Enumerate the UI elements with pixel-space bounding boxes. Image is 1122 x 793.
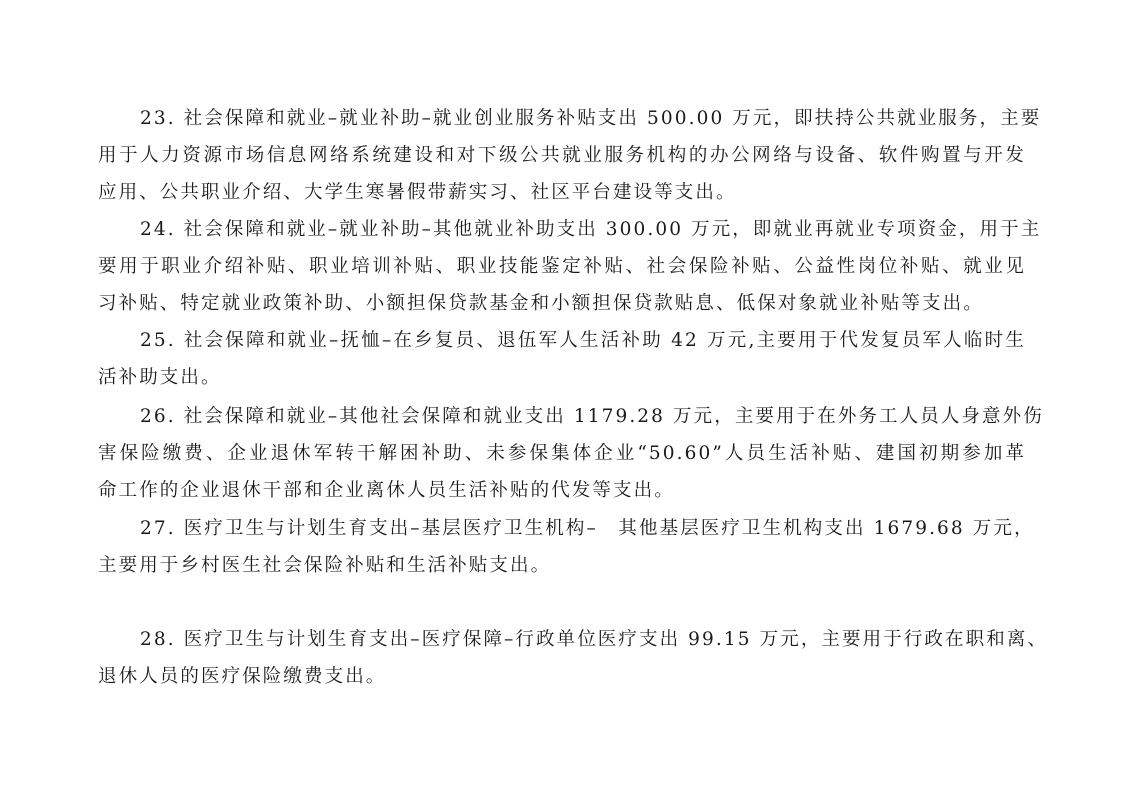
paragraph-line: 应用、公共职业介绍、大学生寒暑假带薪实习、社区平台建设等支出。: [98, 178, 1026, 208]
paragraph-line: 28. 医疗卫生与计划生育支出–医疗保障–行政单位医疗支出 99.15 万元，主…: [140, 625, 1026, 655]
paragraph-line: 23. 社会保障和就业–就业补助–就业创业服务补贴支出 500.00 万元，即扶…: [140, 104, 1026, 134]
paragraph-line: 25. 社会保障和就业–抚恤–在乡复员、退伍军人生活补助 42 万元,主要用于代…: [140, 326, 1026, 356]
paragraph-line: 命工作的企业退休干部和企业离休人员生活补贴的代发等支出。: [98, 476, 1026, 506]
document-page: 23. 社会保障和就业–就业补助–就业创业服务补贴支出 500.00 万元，即扶…: [0, 0, 1122, 793]
paragraph-line: 退休人员的医疗保险缴费支出。: [98, 662, 1026, 692]
paragraph-line: 主要用于乡村医生社会保险补贴和生活补贴支出。: [98, 551, 1026, 581]
paragraph-line: 害保险缴费、企业退休军转干解困补助、未参保集体企业“50.60”人员生活补贴、建…: [98, 439, 1026, 469]
paragraph-line: 活补助支出。: [98, 363, 1026, 393]
paragraph-line: 24. 社会保障和就业–就业补助–其他就业补助支出 300.00 万元，即就业再…: [140, 215, 1026, 245]
paragraph-line: 习补贴、特定就业政策补助、小额担保贷款基金和小额担保贷款贴息、低保对象就业补贴等…: [98, 289, 1026, 319]
paragraph-line: 要用于职业介绍补贴、职业培训补贴、职业技能鉴定补贴、社会保险补贴、公益性岗位补贴…: [98, 252, 1026, 282]
paragraph-line: 27. 医疗卫生与计划生育支出–基层医疗卫生机构– 其他基层医疗卫生机构支出 1…: [140, 514, 1026, 544]
paragraph-line: 26. 社会保障和就业–其他社会保障和就业支出 1179.28 万元，主要用于在…: [140, 402, 1026, 432]
paragraph-line: 用于人力资源市场信息网络系统建设和对下级公共就业服务机构的办公网络与设备、软件购…: [98, 141, 1026, 171]
